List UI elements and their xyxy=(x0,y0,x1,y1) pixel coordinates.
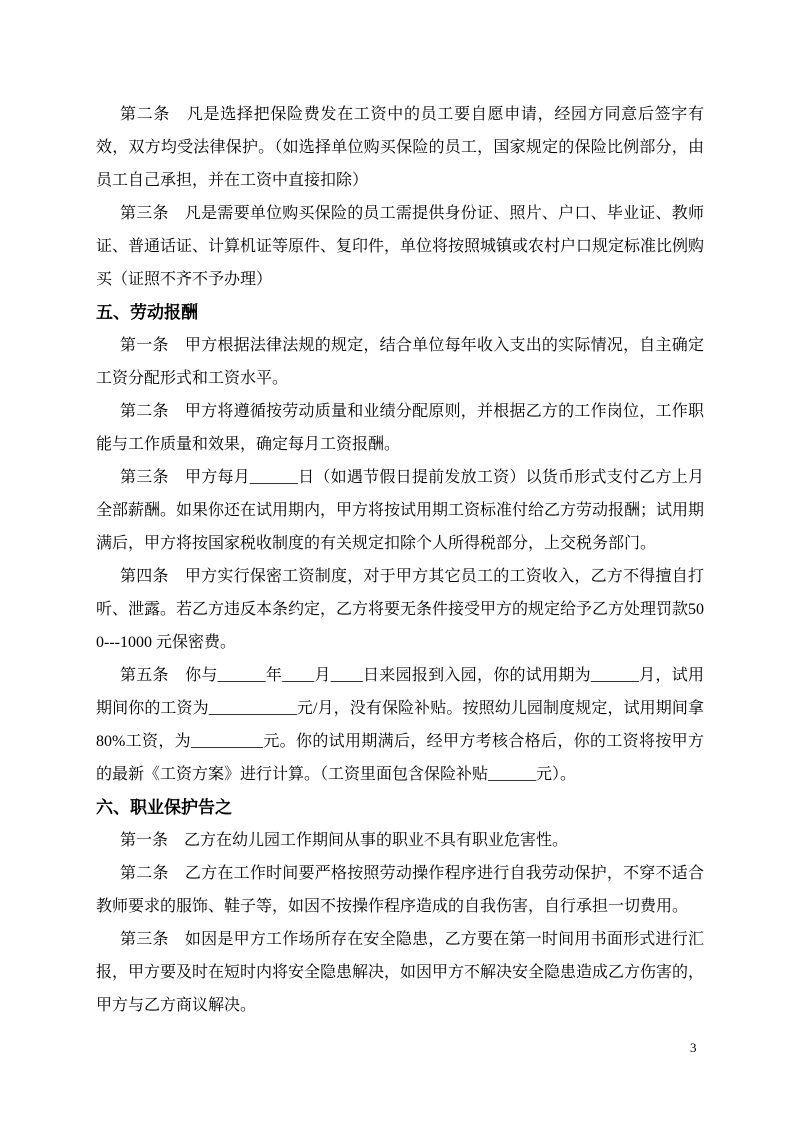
clause-paragraph: 第二条 甲方将遵循按劳动质量和业绩分配原则，并根据乙方的工作岗位，工作职能与工作… xyxy=(96,395,704,461)
clause-paragraph: 第一条 甲方根据法律法规的规定，结合单位每年收入支出的实际情况，自主确定工资分配… xyxy=(96,329,704,395)
clause-paragraph: 第一条 乙方在幼儿园工作期间从事的职业不具有职业危害性。 xyxy=(96,824,704,857)
clause-paragraph: 第三条 如因是甲方工作场所存在安全隐患，乙方要在第一时间用书面形式进行汇报，甲方… xyxy=(96,923,704,1022)
clause-paragraph: 第二条 乙方在工作时间要严格按照劳动操作程序进行自我劳动保护，不穿不适合教师要求… xyxy=(96,857,704,923)
document-body: 第二条 凡是选择把保险费发在工资中的员工要自愿申请，经园方同意后签字有效，双方均… xyxy=(96,98,704,1022)
clause-paragraph: 第五条 你与______年____月____日来园报到入园，你的试用期为____… xyxy=(96,659,704,791)
section-heading-occupational-protection: 六、职业保护告之 xyxy=(96,791,704,824)
clause-paragraph: 第四条 甲方实行保密工资制度，对于甲方其它员工的工资收入，乙方不得擅自打听、泄露… xyxy=(96,560,704,659)
clause-paragraph: 第三条 甲方每月______日（如遇节假日提前发放工资）以货币形式支付乙方上月全… xyxy=(96,461,704,560)
section-heading-labor-remuneration: 五、劳动报酬 xyxy=(96,296,704,329)
page-number: 3 xyxy=(690,1040,697,1056)
document-page: 第二条 凡是选择把保险费发在工资中的员工要自愿申请，经园方同意后签字有效，双方均… xyxy=(0,0,793,1122)
clause-paragraph: 第三条 凡是需要单位购买保险的员工需提供身份证、照片、户口、毕业证、教师证、普通… xyxy=(96,197,704,296)
clause-paragraph: 第二条 凡是选择把保险费发在工资中的员工要自愿申请，经园方同意后签字有效，双方均… xyxy=(96,98,704,197)
